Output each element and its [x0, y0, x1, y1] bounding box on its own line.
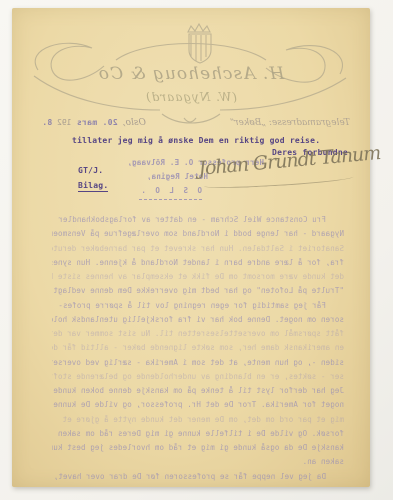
- closing-sentence: tillater jeg mig å ønske Dem en riktig g…: [72, 136, 320, 145]
- bleedthrough-line: Sanatoriet i Saltdalen. Hun har skrevet …: [52, 242, 344, 256]
- date-year-printed: 192: [57, 118, 71, 127]
- bleedthrough-line: en amerikansk dame her, som søkte lignen…: [52, 341, 344, 355]
- letterhead-bleedthrough: H. Aschehoug & Co (W. Nygaard) Telegrama…: [12, 18, 370, 136]
- bleedthrough-line: saken an.: [52, 455, 344, 469]
- bleedthrough-line: kanskje De da også kunde gi mig et råd o…: [52, 441, 344, 455]
- address-line-city: O S L O .: [139, 184, 202, 200]
- bleedthrough-line: "Trulte på Lofoten" og har bedt mig over…: [52, 284, 344, 298]
- letter-paper: H. Aschehoug & Co (W. Nygaard) Telegrama…: [12, 8, 370, 487]
- telegram-address: Telegramadresse: „Bøker“: [230, 118, 350, 128]
- date-place: Oslo,: [123, 118, 146, 128]
- crest-crown-icon: [188, 24, 210, 32]
- scanned-letter-screenshot: { "colors": { "paper": "#ecd9a6", "backg…: [0, 0, 393, 500]
- date-typed: 20. mars: [72, 118, 123, 127]
- address-line: Hotel Regina,: [134, 170, 208, 184]
- bleedthrough-line: mig et par ord om det, om De mener det k…: [52, 413, 344, 427]
- bleedthrough-line: Da jeg vel neppe får se professoren før …: [52, 470, 344, 484]
- bleedthrough-line: fra, for å lære andre barn i landet Nord…: [52, 256, 344, 270]
- enclosure-note: Bilag.: [78, 181, 108, 192]
- bleedthrough-line: forsøk. Og vilde De i tilfelle kunne gi …: [52, 427, 344, 441]
- date-year-typed: 8.: [42, 118, 52, 127]
- bleedthrough-line: fått spørsmål om oversettelsesretten til…: [52, 327, 344, 341]
- date-line: Oslo, 20. mars 192 8.: [42, 118, 146, 128]
- bleedthrough-line: noget for Amerika. Tror De det Hr. profe…: [52, 398, 344, 412]
- bleedthrough-line: siden -, og hun mente, at det som i Amer…: [52, 356, 344, 370]
- crest-shield-icon: [189, 34, 211, 63]
- bleedthrough-line: Får jeg samtidig for egen regning lov ti…: [52, 299, 344, 313]
- bleedthrough-line: Fru Constance Wiel Schram - en datter av…: [52, 213, 344, 227]
- bleedthrough-line: ser - søktes, er en blanding av underhol…: [52, 370, 344, 384]
- publisher-name: H. Aschehoug & Co: [12, 64, 370, 84]
- publisher-proprietor: (W. Nygaard): [12, 90, 370, 104]
- bleedthrough-line: det kunde være morsomt om De fikk et eks…: [52, 270, 344, 284]
- bleedthrough-line: Nygaard - har lenge bodd i Nordland som …: [52, 227, 344, 241]
- bleedthrough-line: soren om noget. Denne bok har vi fra for…: [52, 313, 344, 327]
- body-text-bleedthrough: Fru Constance Wiel Schram - en datter av…: [52, 213, 344, 484]
- reference-initials: GT/J.: [78, 166, 103, 175]
- bleedthrough-line: Jeg har derfor lyst til å tenke på om ka…: [52, 384, 344, 398]
